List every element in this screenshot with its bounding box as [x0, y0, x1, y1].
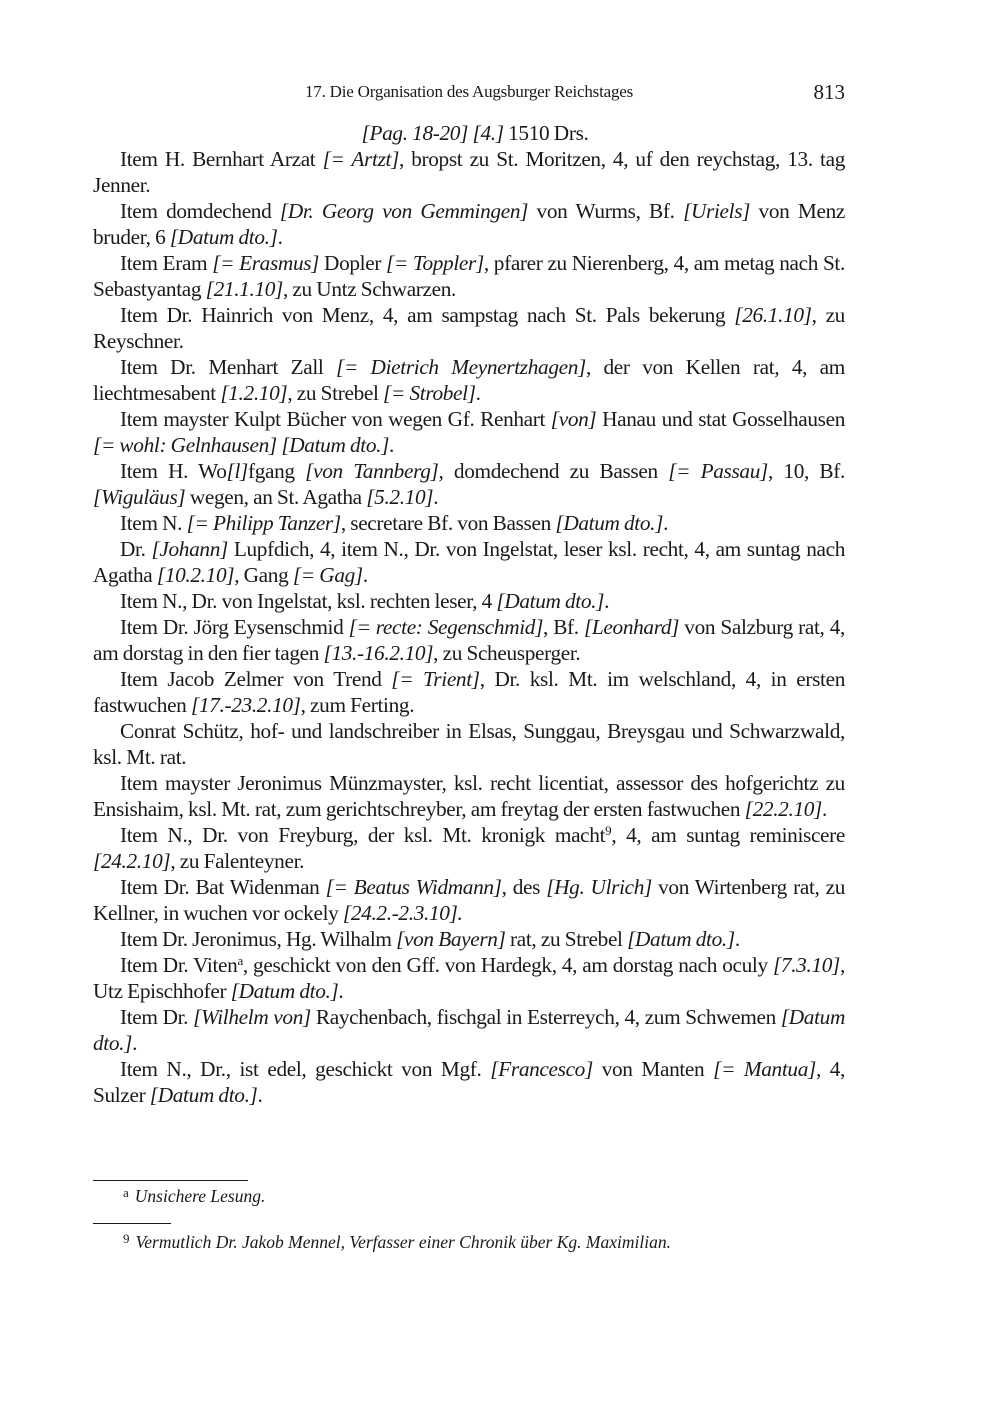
footnote-text: Unsichere Lesung.: [135, 1186, 266, 1206]
source-text: Raychenbach, fischgal in Esterreych, 4, …: [311, 1005, 781, 1029]
editorial-annotation: [13.-16.2.10]: [324, 641, 434, 665]
source-text: Item Dr. Jeronimus, Hg. Wilhalm: [120, 927, 396, 951]
register-entry: Item N. [= Philipp Tanzer], secretare Bf…: [93, 510, 845, 536]
source-text: .: [822, 797, 827, 821]
editorial-annotation: [l]: [227, 459, 248, 483]
register-entry: Item Dr. Vitena, geschickt von den Gff. …: [93, 952, 845, 1004]
editorial-annotation: [= Philipp Tanzer]: [187, 511, 341, 535]
editorial-annotation: [= Artzt]: [323, 147, 399, 171]
editorial-annotation: [Dr. Georg von Gemmingen]: [280, 199, 528, 223]
source-text: Item N., Dr. von Freyburg, der ksl. Mt. …: [120, 823, 605, 847]
register-entry: Item H. Bernhart Arzat [= Artzt], bropst…: [93, 146, 845, 198]
editorial-annotation: [Datum dto.]: [496, 589, 604, 613]
running-title: 17. Die Organisation des Augsburger Reic…: [93, 82, 845, 102]
source-text: .: [338, 979, 343, 1003]
source-text: .: [604, 589, 609, 613]
source-text: Dopler: [319, 251, 386, 275]
source-text: .: [278, 225, 283, 249]
source-text: Item Dr. Jörg Eysenschmid: [120, 615, 349, 639]
footnote-textcritical: aUnsichere Lesung.: [123, 1182, 265, 1207]
source-text: Conrat Schütz, hof- und landschreiber in…: [93, 719, 845, 769]
footnote-mark: a: [123, 1185, 129, 1200]
source-text: Item H. Bernhart Arzat: [120, 147, 323, 171]
editorial-annotation: [Leonhard]: [584, 615, 679, 639]
source-text: , zu Strebel: [287, 381, 383, 405]
register-entry: Item N., Dr., ist edel, geschickt von Mg…: [93, 1056, 845, 1108]
source-text: , geschickt von den Gff. von Hardegk, 4,…: [243, 953, 773, 977]
source-text: 1510 Drs.: [504, 121, 589, 145]
editorial-annotation: [Pag. 18-20] [4.]: [362, 121, 504, 145]
source-text: , 4, am suntag reminiscere: [611, 823, 845, 847]
editorial-annotation: [Datum dto.]: [627, 927, 735, 951]
source-text: Item N., Dr. von Ingelstat, ksl. rechten…: [120, 589, 496, 613]
source-text: Item mayster Kulpt Bücher von wegen Gf. …: [120, 407, 551, 431]
entry-list: Item H. Bernhart Arzat [= Artzt], bropst…: [93, 146, 845, 1108]
editorial-annotation: [= Erasmus]: [212, 251, 319, 275]
editorial-annotation: [Uriels]: [683, 199, 750, 223]
editorial-annotation: [Datum dto.]: [231, 979, 339, 1003]
editorial-annotation: [10.2.10]: [157, 563, 234, 587]
register-entry: Item Dr. [Wilhelm von] Raychenbach, fisc…: [93, 1004, 845, 1056]
editorial-annotation: [= Strobel]: [383, 381, 476, 405]
editorial-annotation: [von]: [551, 407, 597, 431]
source-text: .: [363, 563, 368, 587]
source-text: Item Dr. Bat Widenman: [120, 875, 326, 899]
source-text: .: [132, 1031, 137, 1055]
editorial-annotation: [24.2.-2.3.10].: [343, 901, 463, 925]
register-entry: Item Eram [= Erasmus] Dopler [= Toppler]…: [93, 250, 845, 302]
editorial-annotation: [24.2.10]: [93, 849, 170, 873]
editorial-annotation: [21.1.10]: [206, 277, 283, 301]
register-entry: Dr. [Johann] Lupfdich, 4, item N., Dr. v…: [93, 536, 845, 588]
footnote-text: Vermutlich Dr. Jakob Mennel, Verfasser e…: [136, 1232, 671, 1252]
source-text: Item domdechend: [120, 199, 280, 223]
editorial-annotation: [Wilhelm von]: [193, 1005, 311, 1029]
source-text: , 10, Bf.: [768, 459, 845, 483]
source-text: , Gang: [234, 563, 293, 587]
editorial-annotation: [Johann]: [151, 537, 227, 561]
source-text: , zu Falenteyner.: [170, 849, 304, 873]
register-entry: Item Dr. Jörg Eysenschmid [= recte: Sege…: [93, 614, 845, 666]
editorial-annotation: [5.2.10]: [366, 485, 433, 509]
editorial-annotation: [= Gag]: [293, 563, 363, 587]
register-entry: Item mayster Kulpt Bücher von wegen Gf. …: [93, 406, 845, 458]
source-text: von Wurms, Bf.: [528, 199, 683, 223]
editorial-annotation: [Datum dto.]: [150, 1083, 258, 1107]
source-text: Item H. Wo: [120, 459, 227, 483]
editorial-annotation: [1.2.10]: [220, 381, 287, 405]
source-text: , des: [502, 875, 547, 899]
source-text: , domdechend zu Bassen: [438, 459, 668, 483]
editorial-annotation: [7.3.10]: [773, 953, 840, 977]
editorial-annotation: [= recte: Segenschmid]: [349, 615, 543, 639]
register-entry: Item Dr. Jeronimus, Hg. Wilhalm [von Bay…: [93, 926, 845, 952]
register-entry: Item Dr. Menhart Zall [= Dietrich Meyner…: [93, 354, 845, 406]
register-entry: Item Jacob Zelmer von Trend [= Trient], …: [93, 666, 845, 718]
source-text: .: [258, 1083, 263, 1107]
source-text: fgang: [248, 459, 305, 483]
editorial-annotation: [26.1.10]: [734, 303, 811, 327]
source-text: .: [663, 511, 668, 535]
editorial-annotation: [= Passau]: [668, 459, 768, 483]
source-text: Dr.: [120, 537, 151, 561]
page-number: 813: [814, 80, 846, 105]
editorial-annotation: [22.2.10]: [745, 797, 822, 821]
editorial-annotation: [= Beatus Widmann]: [326, 875, 502, 899]
source-text: von Manten: [593, 1057, 713, 1081]
section-heading: [Pag. 18-20] [4.] 1510 Drs.: [93, 120, 845, 146]
register-entry: Item Dr. Hainrich von Menz, 4, am sampst…: [93, 302, 845, 354]
editorial-annotation: [von Tannberg]: [305, 459, 438, 483]
register-entry: Item domdechend [Dr. Georg von Gemmingen…: [93, 198, 845, 250]
source-text: Item Dr. Hainrich von Menz, 4, am sampst…: [120, 303, 734, 327]
source-text: rat, zu Strebel: [506, 927, 628, 951]
source-text: Item Dr.: [120, 1005, 193, 1029]
source-text: .: [389, 433, 394, 457]
register-entry: Item Dr. Bat Widenman [= Beatus Widmann]…: [93, 874, 845, 926]
footnote-mark: 9: [123, 1231, 130, 1246]
source-text: Item N.: [120, 511, 187, 535]
editorial-annotation: [= Trient]: [391, 667, 479, 691]
editorial-annotation: [von Bayern]: [396, 927, 505, 951]
register-entry: Item N., Dr. von Ingelstat, ksl. rechten…: [93, 588, 845, 614]
source-text: Item mayster Jeronimus Münzmayster, ksl.…: [93, 771, 845, 821]
register-entry: Item H. Wo[l]fgang [von Tannberg], domde…: [93, 458, 845, 510]
source-text: Item Dr. Menhart Zall: [120, 355, 336, 379]
source-text: Hanau und stat Gosselhausen: [596, 407, 845, 431]
register-entry: Item mayster Jeronimus Münzmayster, ksl.…: [93, 770, 845, 822]
source-text: .: [476, 381, 481, 405]
editorial-annotation: [Datum dto.]: [170, 225, 278, 249]
source-text: wegen, an St. Agatha: [185, 485, 366, 509]
source-text: .: [735, 927, 740, 951]
source-text: , zum Ferting.: [301, 693, 415, 717]
body-text: [Pag. 18-20] [4.] 1510 Drs. Item H. Bern…: [93, 120, 845, 1108]
source-text: , zu Untz Schwarzen.: [283, 277, 456, 301]
editorial-annotation: [Datum dto.]: [555, 511, 663, 535]
register-entry: Conrat Schütz, hof- und landschreiber in…: [93, 718, 845, 770]
source-text: , secretare Bf. von Bassen: [341, 511, 556, 535]
footnote-rule-textcritical: [93, 1180, 248, 1181]
source-text: Item N., Dr., ist edel, geschickt von Mg…: [120, 1057, 490, 1081]
editorial-annotation: [Wiguläus]: [93, 485, 185, 509]
editorial-annotation: [= Dietrich Meynertzhagen]: [336, 355, 586, 379]
editorial-annotation: [Francesco]: [490, 1057, 593, 1081]
footnote-explanatory: 9Vermutlich Dr. Jakob Mennel, Verfasser …: [123, 1228, 671, 1253]
source-text: .: [433, 485, 438, 509]
source-text: , zu Scheusperger.: [433, 641, 580, 665]
editorial-annotation: [= wohl: Gelnhausen] [Datum dto.]: [93, 433, 389, 457]
source-text: Item Eram: [120, 251, 212, 275]
editorial-annotation: [Hg. Ulrich]: [546, 875, 652, 899]
editorial-annotation: [17.-23.2.10]: [191, 693, 301, 717]
editorial-annotation: [= Man­tua]: [713, 1057, 816, 1081]
footnote-rule-explanatory: [93, 1223, 171, 1224]
editorial-annotation: [= Toppler]: [386, 251, 484, 275]
source-text: Item Jacob Zelmer von Trend: [120, 667, 391, 691]
source-text: , Bf.: [543, 615, 584, 639]
running-head: 17. Die Organisation des Augsburger Reic…: [93, 80, 845, 106]
register-entry: Item N., Dr. von Freyburg, der ksl. Mt. …: [93, 822, 845, 874]
source-text: Item Dr. Viten: [120, 953, 237, 977]
